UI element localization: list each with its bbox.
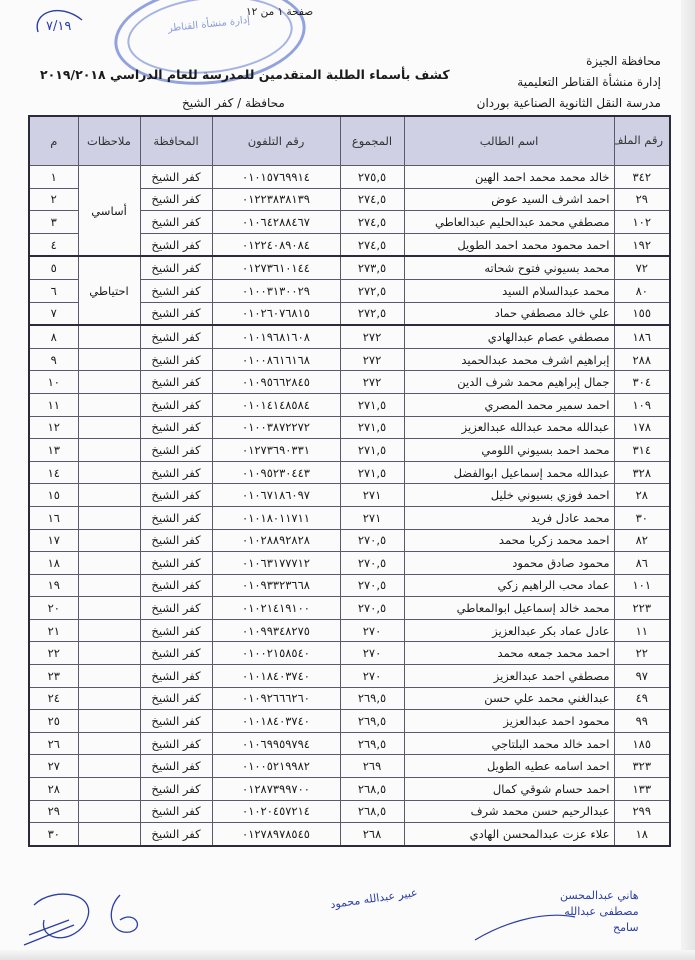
table-row: ٢٢٣محمد خالد إسماعيل ابوالمعاطي٢٧٠,٥٠١٠٢… <box>29 597 670 620</box>
cell-governorate: كفر الشيخ <box>140 597 212 620</box>
cell-student-name: مصطفي احمد عبدالعزيز <box>404 665 614 688</box>
cell-file-no: ٧٢ <box>614 256 670 279</box>
signature-stroke <box>470 905 580 945</box>
cell-notes <box>78 710 140 733</box>
cell-governorate: كفر الشيخ <box>140 529 212 552</box>
cell-student-name: إبراهيم اشرف محمد عبدالحميد <box>404 348 614 371</box>
cell-governorate: كفر الشيخ <box>140 800 212 823</box>
col-header-file-no: رقم الملف <box>614 116 670 166</box>
cell-index: ١٩ <box>29 574 78 597</box>
table-row: ٧٢محمد بسيوني فتوح شحاته٢٧٣,٥٠١٢٧٣٦١٠١٤٤… <box>29 256 670 279</box>
cell-file-no: ٢٨ <box>614 484 670 507</box>
cell-student-name: خالد محمد محمد احمد الهين <box>404 166 614 189</box>
col-header-index: م <box>29 116 78 166</box>
cell-index: ٢٢ <box>29 642 78 665</box>
cell-governorate: كفر الشيخ <box>140 755 212 778</box>
cell-file-no: ٨٦ <box>614 552 670 575</box>
cell-total: ٢٧٤,٥ <box>340 211 404 234</box>
cell-student-name: علي خالد مصطفي حماد <box>404 302 614 325</box>
cell-student-name: محمد بسيوني فتوح شحاته <box>404 256 614 279</box>
cell-notes <box>78 732 140 755</box>
cell-governorate: كفر الشيخ <box>140 325 212 348</box>
table-row: ٣٢٣احمد اسامه عطيه الطويل٢٦٩٠١٠٠٥٢١٩٩٨٢ك… <box>29 755 670 778</box>
cell-index: ١ <box>29 166 78 189</box>
cell-phone: ٠١٠٦٣١٧٧٧١٢ <box>212 552 340 575</box>
cell-phone: ٠١٠٢٦٠٧٦٨١٥ <box>212 302 340 325</box>
cell-governorate: كفر الشيخ <box>140 371 212 394</box>
cell-student-name: عماد محب الراهيم زكي <box>404 574 614 597</box>
cell-phone: ٠١٠٩٥٦٦٢٨٤٥ <box>212 371 340 394</box>
cell-student-name: احمد حسام شوقي كمال <box>404 778 614 801</box>
cell-index: ٢٧ <box>29 755 78 778</box>
table-row: ٢٢احمد محمد جمعه محمد٢٧٠٠١٠٠٢١٥٨٥٤٠كفر ا… <box>29 642 670 665</box>
cell-notes <box>78 371 140 394</box>
cell-phone: ٠١٠٦٧١٨٦٠٩٧ <box>212 484 340 507</box>
cell-notes <box>78 552 140 575</box>
cell-file-no: ٣١٤ <box>614 439 670 462</box>
cell-index: ٢١ <box>29 619 78 642</box>
cell-total: ٢٧٠,٥ <box>340 597 404 620</box>
cell-index: ٢٤ <box>29 687 78 710</box>
cell-student-name: احمد محمد جمعه محمد <box>404 642 614 665</box>
cell-total: ٢٦٨,٥ <box>340 778 404 801</box>
cell-file-no: ٢٩ <box>614 188 670 211</box>
cell-file-no: ٣٢٨ <box>614 461 670 484</box>
cell-total: ٢٧١,٥ <box>340 439 404 462</box>
table-row: ٢٩٩عبدالرحيم حسن محمد شرف٢٦٨,٥٠١٠٢٠٤٥٧٢١… <box>29 800 670 823</box>
table-body: ٣٤٢خالد محمد محمد احمد الهين٢٧٥,٥٠١٠١٥٧٦… <box>29 166 670 846</box>
cell-notes <box>78 348 140 371</box>
cell-governorate: كفر الشيخ <box>140 302 212 325</box>
cell-total: ٢٧٤,٥ <box>340 188 404 211</box>
cell-total: ٢٧٠ <box>340 619 404 642</box>
col-header-phone: رقم التلفون <box>212 116 340 166</box>
cell-index: ٣٠ <box>29 823 78 846</box>
cell-student-name: علاء عزت عبدالمحسن الهادي <box>404 823 614 846</box>
cell-governorate: كفر الشيخ <box>140 778 212 801</box>
cell-notes <box>78 529 140 552</box>
cell-notes <box>78 393 140 416</box>
cell-phone: ٠١٠٩٢٦٦٦٢٦٠ <box>212 687 340 710</box>
cell-student-name: احمد سمير محمد المصري <box>404 393 614 416</box>
cell-index: ٢٦ <box>29 732 78 755</box>
cell-total: ٢٧١,٥ <box>340 416 404 439</box>
cell-phone: ٠١٠٠٣٨٧٢٢٧٢ <box>212 416 340 439</box>
cell-notes: احتياطي <box>78 256 140 325</box>
cell-governorate: كفر الشيخ <box>140 211 212 234</box>
cell-governorate: كفر الشيخ <box>140 393 212 416</box>
cell-index: ٣ <box>29 211 78 234</box>
cell-student-name: محمد احمد بسيوني اللومي <box>404 439 614 462</box>
signature-initials <box>100 890 150 940</box>
cell-total: ٢٧٠,٥ <box>340 574 404 597</box>
cell-phone: ٠١٠٢٠٤٥٧٢١٤ <box>212 800 340 823</box>
table-row: ١٨٥احمد خالد محمد البلتاجي٢٦٩,٥٠١٠٦٩٩٥٩٧… <box>29 732 670 755</box>
cell-phone: ٠١٠٢٨٨٩٢٨٢٨ <box>212 529 340 552</box>
cell-total: ٢٧٠ <box>340 665 404 688</box>
cell-student-name: عبدالله محمد إسماعيل ابوالفضل <box>404 461 614 484</box>
cell-total: ٢٦٩,٥ <box>340 687 404 710</box>
cell-student-name: محمد عادل فريد <box>404 506 614 529</box>
cell-governorate: كفر الشيخ <box>140 416 212 439</box>
cell-file-no: ١٨٥ <box>614 732 670 755</box>
cell-phone: ٠١٠١٩٦٨١٦٠٨ <box>212 325 340 348</box>
cell-index: ١٦ <box>29 506 78 529</box>
table-row: ١١عادل عماد بكر عبدالعزيز٢٧٠٠١٠٩٩٣٤٨٢٧٥ك… <box>29 619 670 642</box>
col-header-governorate: المحافظة <box>140 116 212 166</box>
cell-notes <box>78 665 140 688</box>
cell-governorate: كفر الشيخ <box>140 256 212 279</box>
cell-file-no: ١٩٢ <box>614 233 670 256</box>
cell-total: ٢٧١,٥ <box>340 461 404 484</box>
table-row: ١٨علاء عزت عبدالمحسن الهادي٢٦٨٠١٢٧٨٩٧٨٥٤… <box>29 823 670 846</box>
cell-notes <box>78 778 140 801</box>
cell-file-no: ٣٢٣ <box>614 755 670 778</box>
cell-notes <box>78 823 140 846</box>
cell-governorate: كفر الشيخ <box>140 233 212 256</box>
cell-total: ٢٧١ <box>340 506 404 529</box>
students-table: رقم الملف اسم الطالب المجموع رقم التلفون… <box>28 115 671 847</box>
page-edge-shadow <box>681 0 695 960</box>
table-row: ٨٦محمود صادق محمود٢٧٠,٥٠١٠٦٣١٧٧٧١٢كفر ال… <box>29 552 670 575</box>
cell-total: ٢٧٢,٥ <box>340 279 404 302</box>
cell-total: ٢٧٢ <box>340 325 404 348</box>
cell-governorate: كفر الشيخ <box>140 732 212 755</box>
cell-student-name: محمد خالد إسماعيل ابوالمعاطي <box>404 597 614 620</box>
cell-total: ٢٦٩,٥ <box>340 732 404 755</box>
cell-total: ٢٧٠ <box>340 642 404 665</box>
cell-governorate: كفر الشيخ <box>140 687 212 710</box>
cell-student-name: احمد محمد زكريا محمد <box>404 529 614 552</box>
cell-student-name: احمد خالد محمد البلتاجي <box>404 732 614 755</box>
cell-file-no: ٨٠ <box>614 279 670 302</box>
cell-index: ٢ <box>29 188 78 211</box>
cell-total: ٢٧١ <box>340 484 404 507</box>
cell-governorate: كفر الشيخ <box>140 279 212 302</box>
cell-total: ٢٧٢ <box>340 371 404 394</box>
cell-index: ٢٣ <box>29 665 78 688</box>
cell-file-no: ١٨٦ <box>614 325 670 348</box>
cell-phone: ٠١٠٠٨٦١٦١٦٨ <box>212 348 340 371</box>
cell-phone: ٠١٠٢١٤١٩١٠٠ <box>212 597 340 620</box>
cell-governorate: كفر الشيخ <box>140 484 212 507</box>
cell-file-no: ١٨ <box>614 823 670 846</box>
cell-index: ٤ <box>29 233 78 256</box>
cell-governorate: كفر الشيخ <box>140 166 212 189</box>
cell-file-no: ١٥٥ <box>614 302 670 325</box>
table-header-row: رقم الملف اسم الطالب المجموع رقم التلفون… <box>29 116 670 166</box>
cell-total: ٢٧٠,٥ <box>340 529 404 552</box>
page-number: صفحة ١ من ١٢ <box>246 6 313 18</box>
cell-index: ٢٥ <box>29 710 78 733</box>
cell-index: ١٢ <box>29 416 78 439</box>
cell-file-no: ٩٩ <box>614 710 670 733</box>
col-header-total: المجموع <box>340 116 404 166</box>
cell-file-no: ١٠٢ <box>614 211 670 234</box>
cell-index: ١١ <box>29 393 78 416</box>
cell-phone: ٠١٠١٨٤٠٣٧٤٠ <box>212 665 340 688</box>
cell-student-name: عبدالله محمد عبدالله عبدالعزيز <box>404 416 614 439</box>
cell-governorate: كفر الشيخ <box>140 439 212 462</box>
cell-phone: ٠١٠٦٩٩٥٩٧٩٤ <box>212 732 340 755</box>
cell-student-name: احمد فوزي بسيوني خليل <box>404 484 614 507</box>
cell-phone: ٠١٢٧٣٦٩٠٣٣١ <box>212 439 340 462</box>
cell-phone: ٠١٠٠٥٢١٩٩٨٢ <box>212 755 340 778</box>
cell-student-name: احمد محمود محمد احمد الطويل <box>404 233 614 256</box>
cell-phone: ٠١٠٦٤٢٨٨٤٦٧ <box>212 211 340 234</box>
cell-student-name: احمد اشرف السيد عوض <box>404 188 614 211</box>
cell-index: ٩ <box>29 348 78 371</box>
cell-index: ٦ <box>29 279 78 302</box>
cell-file-no: ٢٨٨ <box>614 348 670 371</box>
table-row: ٤٩عبدالغني محمد علي حسن٢٦٩,٥٠١٠٩٢٦٦٦٢٦٠ك… <box>29 687 670 710</box>
cell-phone: ٠١٢٧٣٦١٠١٤٤ <box>212 256 340 279</box>
cell-total: ٢٧٤,٥ <box>340 233 404 256</box>
cell-student-name: محمود احمد عبدالعزيز <box>404 710 614 733</box>
cell-notes <box>78 800 140 823</box>
cell-notes <box>78 461 140 484</box>
cell-total: ٢٧١,٥ <box>340 393 404 416</box>
cell-phone: ٠١٢٢٤٠٨٩٠٨٤ <box>212 233 340 256</box>
cell-governorate: كفر الشيخ <box>140 506 212 529</box>
cell-notes <box>78 597 140 620</box>
cell-notes <box>78 439 140 462</box>
document-title: كشف بأسماء الطلبة المتقدمين للمدرسة للعا… <box>40 67 450 82</box>
cell-governorate: كفر الشيخ <box>140 710 212 733</box>
cell-file-no: ١٣٣ <box>614 778 670 801</box>
table-row: ٣٤٢خالد محمد محمد احمد الهين٢٧٥,٥٠١٠١٥٧٦… <box>29 166 670 189</box>
cell-phone: ٠١٠١٤١٤٨٥٨٤ <box>212 393 340 416</box>
cell-file-no: ٣٠ <box>614 506 670 529</box>
cell-phone: ٠١٠٩٥٢٣٠٤٤٣ <box>212 461 340 484</box>
table-row: ١٨٦مصطفي عصام عبدالهادي٢٧٢٠١٠١٩٦٨١٦٠٨كفر… <box>29 325 670 348</box>
cell-file-no: ٤٩ <box>614 687 670 710</box>
cell-governorate: كفر الشيخ <box>140 188 212 211</box>
cell-total: ٢٦٨,٥ <box>340 800 404 823</box>
svg-text:٧/١٩: ٧/١٩ <box>46 19 71 34</box>
cell-total: ٢٧٢,٥ <box>340 302 404 325</box>
cell-index: ١٨ <box>29 552 78 575</box>
col-header-name: اسم الطالب <box>404 116 614 166</box>
cell-student-name: عبدالرحيم حسن محمد شرف <box>404 800 614 823</box>
cell-governorate: كفر الشيخ <box>140 823 212 846</box>
cell-file-no: ٣٤٢ <box>614 166 670 189</box>
cell-index: ١٣ <box>29 439 78 462</box>
cell-total: ٢٦٩ <box>340 755 404 778</box>
cell-student-name: مصطفي محمد عبدالحليم عبدالعاطي <box>404 211 614 234</box>
table-row: ٢٨احمد فوزي بسيوني خليل٢٧١٠١٠٦٧١٨٦٠٩٧كفر… <box>29 484 670 507</box>
table-row: ٣٠٤جمال إبراهيم محمد شرف الدين٢٧٢٠١٠٩٥٦٦… <box>29 371 670 394</box>
cell-notes <box>78 416 140 439</box>
cell-governorate: كفر الشيخ <box>140 619 212 642</box>
cell-index: ٥ <box>29 256 78 279</box>
cell-student-name: محمود صادق محمود <box>404 552 614 575</box>
cell-notes <box>78 574 140 597</box>
handwritten-reference-mark: ٧/١٩ <box>30 2 86 44</box>
table-row: ٣١٤محمد احمد بسيوني اللومي٢٧١,٥٠١٢٧٣٦٩٠٣… <box>29 439 670 462</box>
signature-left <box>14 885 114 953</box>
table-row: ٣٢٨عبدالله محمد إسماعيل ابوالفضل٢٧١,٥٠١٠… <box>29 461 670 484</box>
cell-total: ٢٧٠,٥ <box>340 552 404 575</box>
cell-phone: ٠١٠٩٩٣٤٨٢٧٥ <box>212 619 340 642</box>
org-line-administration: إدارة منشأة القناطر التعليمية <box>517 75 661 89</box>
col-header-notes: ملاحظات <box>78 116 140 166</box>
cell-index: ١٠ <box>29 371 78 394</box>
cell-index: ٨ <box>29 325 78 348</box>
cell-file-no: ٢٢٣ <box>614 597 670 620</box>
cell-phone: ٠١٠٠٣١٣٠٠٢٩ <box>212 279 340 302</box>
cell-index: ٢٨ <box>29 778 78 801</box>
cell-notes <box>78 506 140 529</box>
cell-file-no: ٢٩٩ <box>614 800 670 823</box>
cell-index: ٢٠ <box>29 597 78 620</box>
table-row: ٣٠محمد عادل فريد٢٧١٠١٠١٨٠١١٧١١كفر الشيخ١… <box>29 506 670 529</box>
cell-governorate: كفر الشيخ <box>140 574 212 597</box>
cell-student-name: محمد عبدالسلام السيد <box>404 279 614 302</box>
cell-notes <box>78 687 140 710</box>
cell-total: ٢٦٨ <box>340 823 404 846</box>
table-row: ٨٢احمد محمد زكريا محمد٢٧٠,٥٠١٠٢٨٨٩٢٨٢٨كف… <box>29 529 670 552</box>
cell-phone: ٠١٠٩٣٣٢٣٦٦٨ <box>212 574 340 597</box>
cell-file-no: ١٠٩ <box>614 393 670 416</box>
cell-total: ٢٦٩,٥ <box>340 710 404 733</box>
table-row: ١٠٩احمد سمير محمد المصري٢٧١,٥٠١٠١٤١٤٨٥٨٤… <box>29 393 670 416</box>
cell-file-no: ٣٠٤ <box>614 371 670 394</box>
table-row: ١٠١عماد محب الراهيم زكي٢٧٠,٥٠١٠٩٣٣٢٣٦٦٨ك… <box>29 574 670 597</box>
cell-file-no: ٨٢ <box>614 529 670 552</box>
org-line-governorate: محافظة الجيزة <box>586 54 661 68</box>
cell-index: ٢٩ <box>29 800 78 823</box>
table-row: ١٣٣احمد حسام شوقي كمال٢٦٨,٥٠١٢٨٧٣٩٩٧٠٠كف… <box>29 778 670 801</box>
org-line-school: مدرسة النقل الثانوية الصناعية بوردان <box>477 96 661 110</box>
table-row: ٢٨٨إبراهيم اشرف محمد عبدالحميد٢٧٢٠١٠٠٨٦١… <box>29 348 670 371</box>
cell-notes <box>78 755 140 778</box>
cell-total: ٢٧٢ <box>340 348 404 371</box>
table-row: ٩٩محمود احمد عبدالعزيز٢٦٩,٥٠١٠١٨٤٠٣٧٤٠كف… <box>29 710 670 733</box>
cell-total: ٢٧٣,٥ <box>340 256 404 279</box>
cell-index: ١٥ <box>29 484 78 507</box>
cell-index: ١٤ <box>29 461 78 484</box>
cell-index: ١٧ <box>29 529 78 552</box>
governorate-label: محافظة / كفر الشيخ <box>182 96 285 110</box>
signature-middle: عبير عبدالله محمود <box>330 886 419 911</box>
scanned-document: ٧/١٩ إدارة منشأة القناطر صفحة ١ من ١٢ مح… <box>0 0 695 960</box>
cell-phone: ٠١٢٢٣٨٣٨١٣٩ <box>212 188 340 211</box>
cell-governorate: كفر الشيخ <box>140 642 212 665</box>
signature-name-1: هاني عبدالمحسن <box>560 888 639 904</box>
cell-file-no: ٩٧ <box>614 665 670 688</box>
cell-file-no: ١٠١ <box>614 574 670 597</box>
cell-total: ٢٧٥,٥ <box>340 166 404 189</box>
cell-student-name: عادل عماد بكر عبدالعزيز <box>404 619 614 642</box>
cell-file-no: ٢٢ <box>614 642 670 665</box>
cell-governorate: كفر الشيخ <box>140 461 212 484</box>
cell-phone: ٠١٢٧٨٩٧٨٥٤٥ <box>212 823 340 846</box>
cell-phone: ٠١٠٠٢١٥٨٥٤٠ <box>212 642 340 665</box>
cell-phone: ٠١٠١٨٤٠٣٧٤٠ <box>212 710 340 733</box>
cell-student-name: عبدالغني محمد علي حسن <box>404 687 614 710</box>
cell-notes <box>78 484 140 507</box>
cell-index: ٧ <box>29 302 78 325</box>
table-row: ١٧٨عبدالله محمد عبدالله عبدالعزيز٢٧١,٥٠١… <box>29 416 670 439</box>
cell-notes <box>78 619 140 642</box>
cell-notes <box>78 642 140 665</box>
cell-phone: ٠١٢٨٧٣٩٩٧٠٠ <box>212 778 340 801</box>
cell-student-name: جمال إبراهيم محمد شرف الدين <box>404 371 614 394</box>
cell-file-no: ١١ <box>614 619 670 642</box>
cell-phone: ٠١٠١٥٧٦٩٩١٤ <box>212 166 340 189</box>
cell-governorate: كفر الشيخ <box>140 348 212 371</box>
cell-notes: أساسي <box>78 166 140 257</box>
cell-governorate: كفر الشيخ <box>140 552 212 575</box>
cell-student-name: مصطفي عصام عبدالهادي <box>404 325 614 348</box>
cell-student-name: احمد اسامه عطيه الطويل <box>404 755 614 778</box>
cell-phone: ٠١٠١٨٠١١٧١١ <box>212 506 340 529</box>
cell-notes <box>78 325 140 348</box>
table-row: ٩٧مصطفي احمد عبدالعزيز٢٧٠٠١٠١٨٤٠٣٧٤٠كفر … <box>29 665 670 688</box>
cell-governorate: كفر الشيخ <box>140 665 212 688</box>
cell-file-no: ١٧٨ <box>614 416 670 439</box>
